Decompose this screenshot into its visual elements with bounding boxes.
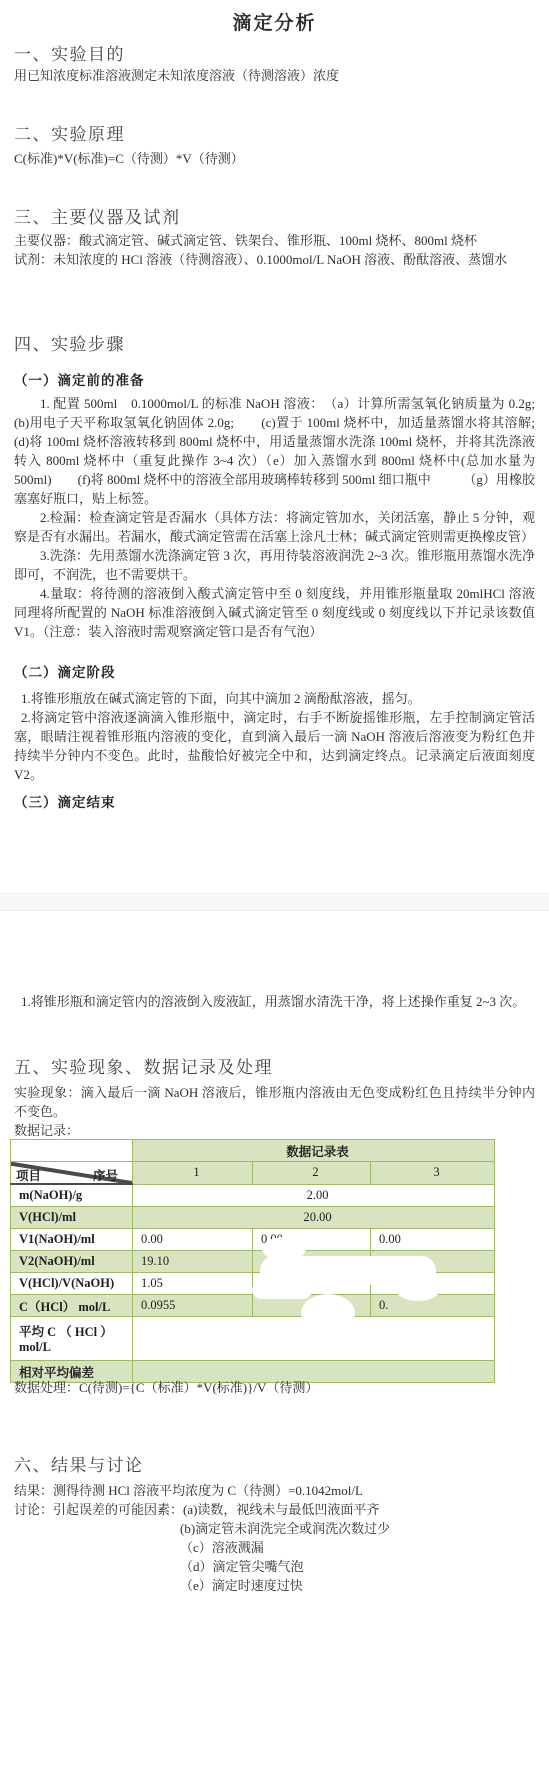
phenomenon-line: 实验现象：滴入最后一滴 NaOH 溶液后，锥形瓶内溶液由无色变成粉红色且持续半分… — [14, 1083, 535, 1121]
table-row: V(HCl)/ml 20.00 — [11, 1207, 495, 1229]
table-row: m(NaOH)/g 2.00 — [11, 1184, 495, 1207]
section-1-body: 用已知浓度标准溶液测定未知浓度溶液（待测溶液）浓度 — [14, 66, 535, 85]
step-paragraph: 3.洗涤：先用蒸馏水洗涤滴定管 3 次，再用待装溶液润洗 2~3 次。锥形瓶用蒸… — [14, 546, 535, 584]
row-label: m(NaOH)/g — [11, 1184, 133, 1207]
corner-label-series: 序号 — [93, 1166, 118, 1184]
row-label: V2(NaOH)/ml — [11, 1251, 133, 1273]
section-3-heading: 三、主要仪器及试剂 — [14, 203, 181, 228]
whiteout-blob — [252, 1281, 312, 1299]
column-header: 3 — [371, 1162, 495, 1185]
section-5-heading: 五、实验现象、数据记录及处理 — [14, 1053, 273, 1078]
reagents-line: 试剂：未知浓度的 HCl 溶液（待测溶液）、0.1000mol/L NaOH 溶… — [14, 250, 535, 269]
row-merged-value: 20.00 — [133, 1207, 495, 1229]
table-title-spacer-cell — [11, 1140, 133, 1162]
column-header: 2 — [253, 1162, 371, 1185]
cell-value: 0.00 — [133, 1229, 253, 1251]
page-break-band — [0, 893, 549, 911]
row-label: V(HCl)/ml — [11, 1207, 133, 1229]
section-6-body: 结果：测得待测 HCl 溶液平均浓度为 C（待测）=0.1042mol/L 讨论… — [14, 1481, 535, 1595]
whiteout-blob — [296, 1323, 374, 1358]
step-paragraph: 2.检漏：检查滴定管是否漏水（具体方法：将滴定管加水，关闭活塞，静止 5 分钟，… — [14, 508, 535, 546]
table-row: 平均 C （ HCl ） mol/L 0.1 — [11, 1317, 495, 1361]
section-4-heading: 四、实验步骤 — [14, 330, 125, 355]
sub-3-steps: 1.将锥形瓶和滴定管内的溶液倒入废液缸，用蒸馏水清洗干净，将上述操作重复 2~3… — [14, 992, 535, 1011]
sub-1-steps: 1. 配置 500ml 0.1000mol/L 的标准 NaOH 溶液： （a）… — [14, 394, 535, 641]
data-record-label: 数据记录： — [14, 1121, 535, 1140]
table-title-row: 数据记录表 — [11, 1140, 495, 1162]
section-6-heading: 六、结果与讨论 — [14, 1451, 144, 1476]
cell-value: 0.00 — [371, 1229, 495, 1251]
result-line: 结果：测得待测 HCl 溶液平均浓度为 C（待测）=0.1042mol/L — [14, 1481, 535, 1500]
sub-2-heading: （二）滴定阶段 — [14, 661, 116, 681]
row-label: C（HCl） mol/L — [11, 1295, 133, 1317]
discussion-item: （e）滴定时速度过快 — [180, 1576, 535, 1595]
table-title: 数据记录表 — [133, 1140, 495, 1162]
step-paragraph: 4.量取：将待测的溶液倒入酸式滴定管中至 0 刻度线，并用锥形瓶量取 20mlH… — [14, 584, 535, 641]
sub-3-heading: （三）滴定结束 — [14, 791, 116, 811]
section-2-heading: 二、实验原理 — [14, 120, 125, 145]
step-paragraph: 1. 配置 500ml 0.1000mol/L 的标准 NaOH 溶液： （a）… — [14, 394, 535, 508]
table-corner-cell: 项目 序号 — [11, 1162, 133, 1185]
section-3-body: 主要仪器：酸式滴定管、碱式滴定管、铁架台、锥形瓶、100ml 烧杯、800ml … — [14, 231, 535, 269]
instruments-line: 主要仪器：酸式滴定管、碱式滴定管、铁架台、锥形瓶、100ml 烧杯、800ml … — [14, 231, 535, 250]
section-2-formula: C(标准)*V(标准)=C（待测）*V（待测） — [14, 149, 535, 168]
step-paragraph: 2.将滴定管中溶液逐滴滴入锥形瓶中，滴定时，右手不断旋摇锥形瓶，左手控制滴定管活… — [14, 708, 535, 784]
cell-value: 0.0955 — [133, 1295, 253, 1317]
sub-2-steps: 1.将锥形瓶放在碱式滴定管的下面，向其中滴加 2 滴酚酞溶液，摇匀。 2.将滴定… — [14, 689, 535, 784]
step-paragraph: 1.将锥形瓶和滴定管内的溶液倒入废液缸，用蒸馏水清洗干净，将上述操作重复 2~3… — [14, 992, 535, 1011]
discussion-intro-line: 讨论：引起误差的可能因素：(a)读数，视线未与最低凹液面平齐 — [14, 1500, 535, 1519]
table-row: V1(NaOH)/ml 0.00 0.00 0.00 — [11, 1229, 495, 1251]
cell-value: 19.10 — [133, 1251, 253, 1273]
section-5-body: 实验现象：滴入最后一滴 NaOH 溶液后，锥形瓶内溶液由无色变成粉红色且持续半分… — [14, 1083, 535, 1140]
whiteout-blob — [396, 1278, 440, 1301]
discussion-item: （d）滴定管尖嘴气泡 — [180, 1557, 535, 1576]
step-paragraph: 1.将锥形瓶放在碱式滴定管的下面，向其中滴加 2 滴酚酞溶液，摇匀。 — [14, 689, 535, 708]
data-processing-line: 数据处理：C(待测)={C（标准）*V(标准)}/V（待测） — [14, 1378, 535, 1397]
row-merged-value: 2.00 — [133, 1184, 495, 1207]
section-1-heading: 一、实验目的 — [14, 40, 125, 65]
row-label: V(HCl)/V(NaOH) — [11, 1273, 133, 1295]
cell-value: 1.05 — [133, 1273, 253, 1295]
discussion-item: （c）溶液溅漏 — [180, 1538, 535, 1557]
document-title: 滴定分析 — [0, 8, 549, 35]
sub-1-heading: （一）滴定前的准备 — [14, 369, 145, 389]
document-page: 滴定分析 一、实验目的 用已知浓度标准溶液测定未知浓度溶液（待测溶液）浓度 二、… — [0, 0, 549, 1779]
row-label: V1(NaOH)/ml — [11, 1229, 133, 1251]
discussion-item: (b)滴定管未润洗完全或润洗次数过少 — [180, 1519, 535, 1538]
corner-label-item: 项目 — [16, 1166, 41, 1184]
table-header-row: 项目 序号 1 2 3 — [11, 1162, 495, 1185]
column-header: 1 — [133, 1162, 253, 1185]
row-label: 平均 C （ HCl ） mol/L — [11, 1317, 133, 1361]
